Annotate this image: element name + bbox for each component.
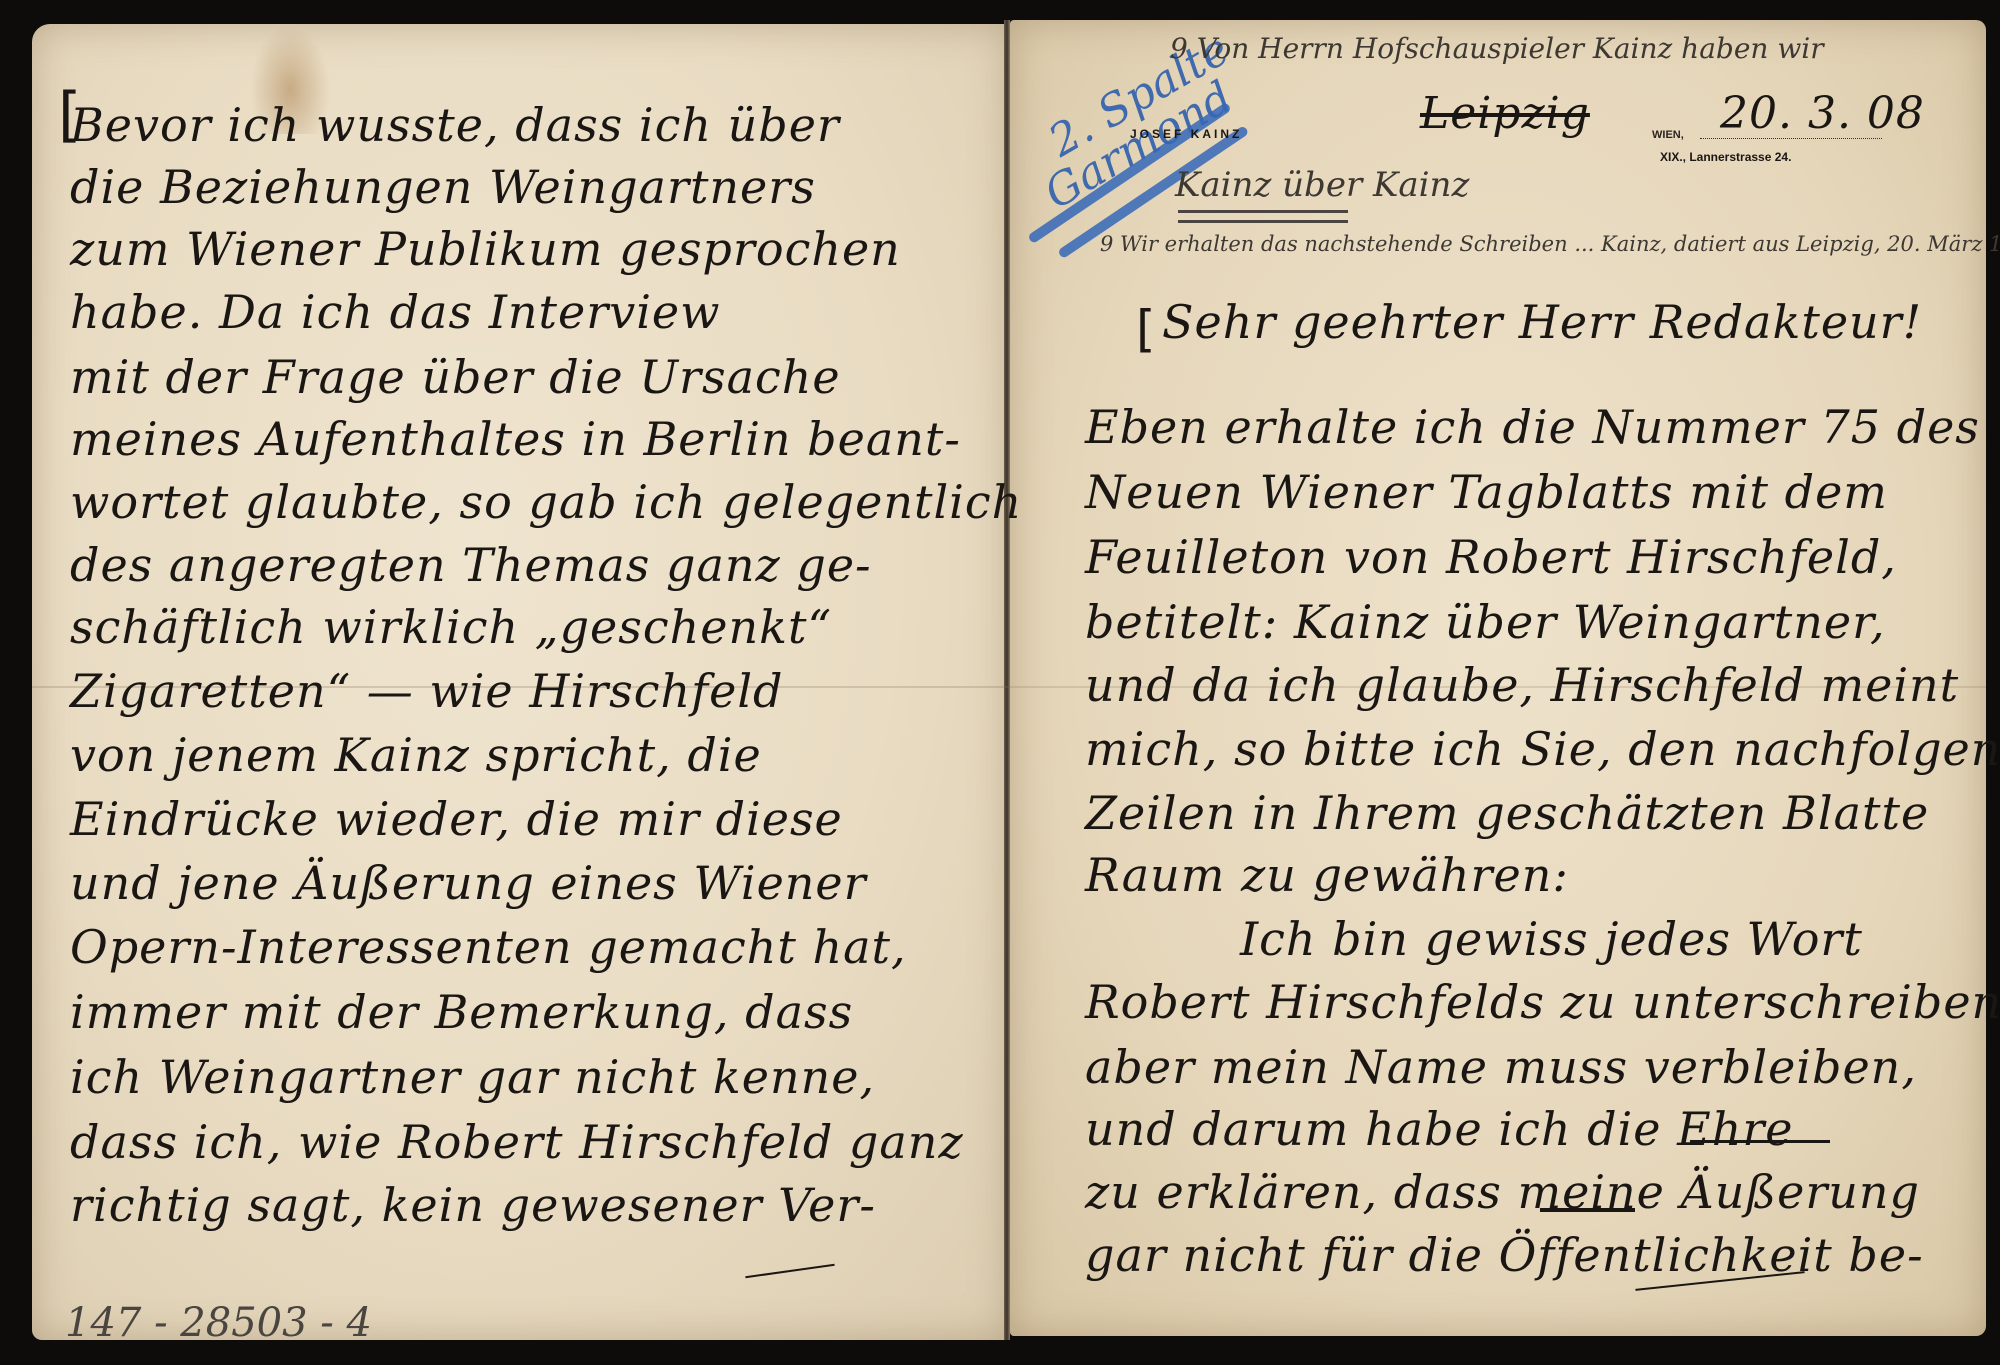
left-line-8: des angeregten Themas ganz ge- xyxy=(70,538,872,592)
struck-word-line xyxy=(1690,1140,1830,1143)
left-line-9: schäftlich wirklich „geschenkt“ xyxy=(70,600,832,654)
left-line-12: Eindrücke wieder, die mir diese xyxy=(70,792,843,846)
left-line-5: mit der Frage über die Ursache xyxy=(70,350,841,404)
right-line-9: Ich bin gewiss jedes Wort xyxy=(1240,912,1863,966)
right-line-13: zu erklären, dass meine Äußerung xyxy=(1085,1165,1920,1219)
heading-kainz-ueber-kainz: Kainz über Kainz xyxy=(1175,165,1469,205)
underline-meine xyxy=(1540,1208,1635,1212)
right-line-5: und da ich glaube, Hirschfeld meint xyxy=(1085,658,1959,712)
left-line-17: dass ich, wie Robert Hirschfeld ganz xyxy=(70,1115,964,1169)
editor-note: 9 Wir erhalten das nachstehende Schreibe… xyxy=(1100,232,2000,256)
left-line-15: immer mit der Bemerkung, dass xyxy=(70,985,853,1039)
letterhead-name: JOSEF KAINZ xyxy=(1130,127,1242,141)
struck-place-name: Leipzig xyxy=(1420,88,1590,139)
right-line-14: gar nicht für die Öffentlichkeit be- xyxy=(1085,1228,1924,1282)
letterhead-date-rule xyxy=(1700,138,1882,139)
left-line-7: wortet glaubte, so gab ich gelegentlich xyxy=(70,475,1022,529)
left-line-18: richtig sagt, kein gewesener Ver- xyxy=(70,1178,876,1232)
left-line-3: zum Wiener Publikum gesprochen xyxy=(70,222,901,276)
right-line-7: Zeilen in Ihrem geschätzten Blatte xyxy=(1085,786,1929,840)
left-line-2: die Beziehungen Weingartners xyxy=(70,160,816,214)
right-line-1: Eben erhalte ich die Nummer 75 des xyxy=(1085,400,1980,454)
archive-number: 147 - 28503 - 4 xyxy=(65,1300,372,1346)
left-line-4: habe. Da ich das Interview xyxy=(70,285,721,339)
right-line-4: betitelt: Kainz über Weingartner, xyxy=(1085,595,1886,649)
right-line-8: Raum zu gewähren: xyxy=(1085,848,1569,902)
left-line-6: meines Aufenthaltes in Berlin beant- xyxy=(70,412,961,466)
right-line-10: Robert Hirschfelds zu unterschreiben, xyxy=(1085,975,2000,1029)
heading-underline xyxy=(1178,220,1348,223)
left-line-14: Opern-Interessenten gemacht hat, xyxy=(70,920,907,974)
left-line-13: und jene Äußerung eines Wiener xyxy=(70,856,867,910)
heading-underline xyxy=(1178,210,1348,213)
right-line-11: aber mein Name muss verbleiben, xyxy=(1085,1040,1917,1094)
left-line-11: von jenem Kainz spricht, die xyxy=(70,728,762,782)
page-gutter xyxy=(1004,20,1010,1340)
right-line-12: und darum habe ich die Ehre xyxy=(1085,1102,1794,1156)
letter-date: 20. 3. 08 xyxy=(1720,88,1925,139)
left-line-10: Zigaretten“ — wie Hirschfeld xyxy=(70,664,784,718)
left-line-16: ich Weingartner gar nicht kenne, xyxy=(70,1050,875,1104)
editorial-bracket: [ xyxy=(1136,300,1156,358)
left-line-1: Bevor ich wusste, dass ich über xyxy=(70,98,840,152)
letterhead-address: XIX., Lannerstrasse 24. xyxy=(1660,150,1791,164)
right-line-2: Neuen Wiener Tagblatts mit dem xyxy=(1085,465,1888,519)
letterhead-city: WIEN, xyxy=(1652,129,1684,141)
salutation: Sehr geehrter Herr Redakteur! xyxy=(1162,295,1922,349)
pencil-top-note: 9 Von Herrn Hofschauspieler Kainz haben … xyxy=(1170,32,1824,65)
right-line-3: Feuilleton von Robert Hirschfeld, xyxy=(1085,530,1897,584)
right-line-6: mich, so bitte ich Sie, den nachfolgende… xyxy=(1085,722,2000,776)
